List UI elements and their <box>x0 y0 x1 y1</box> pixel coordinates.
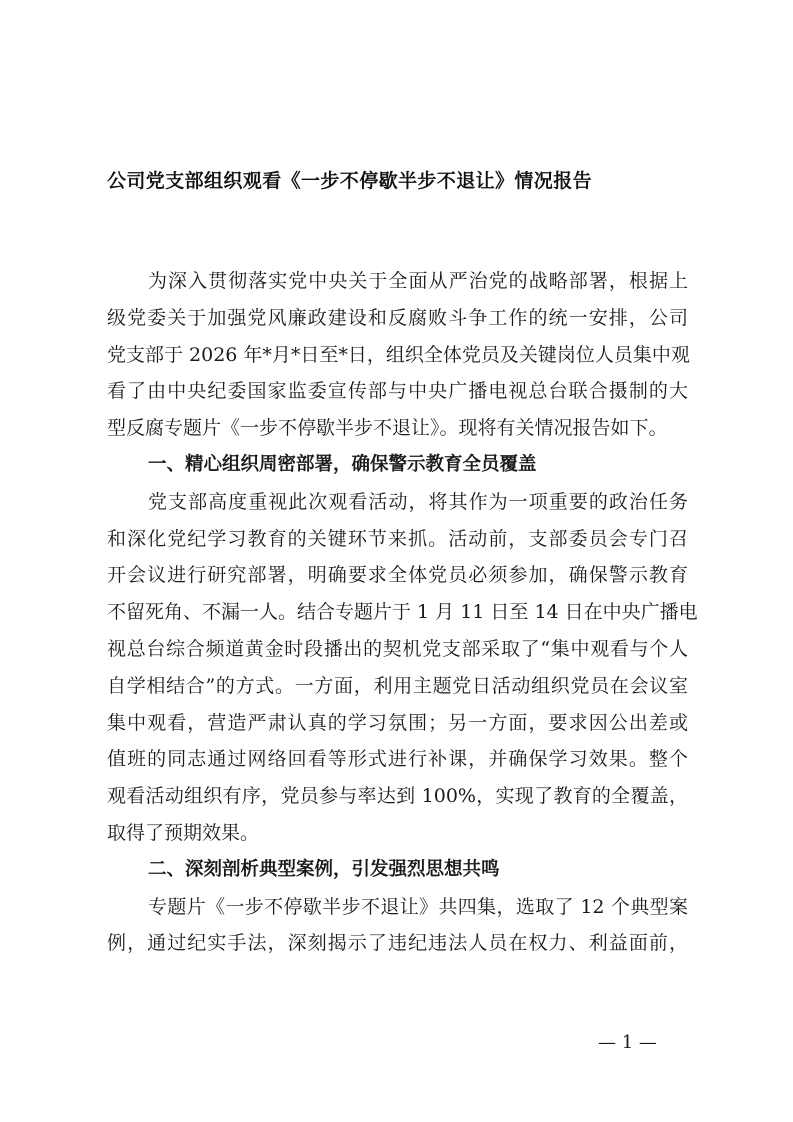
paragraph-line: 党支部于 2026 年*月*日至*日，组织全体党员及关键岗位人员集中观 <box>107 337 688 374</box>
paragraph-line: 不留死角、不漏一人。结合专题片于 1 月 11 日至 14 日在中央广播电 <box>107 594 688 631</box>
paragraph-line: 级党委关于加强党风廉政建设和反腐败斗争工作的统一安排，公司 <box>107 300 688 337</box>
paragraph-line: 开会议进行研究部署，明确要求全体党员必须参加，确保警示教育 <box>107 557 688 594</box>
paragraph-line: 集中观看，营造严肃认真的学习氛围；另一方面，要求因公出差或 <box>107 705 688 742</box>
paragraph-line: 型反腐专题片《一步不停歇半步不退让》。现将有关情况报告如下。 <box>107 410 688 447</box>
page-number: — 1 — <box>598 1032 657 1053</box>
paragraph-line: 专题片《一步不停歇半步不退让》共四集，选取了 12 个典型案 <box>107 889 688 926</box>
paragraph-line: 看了由中央纪委国家监委宣传部与中央广播电视总台联合摄制的大 <box>107 373 688 410</box>
paragraph-line: 党支部高度重视此次观看活动，将其作为一项重要的政治任务 <box>107 484 688 521</box>
document-title: 公司党支部组织观看《一步不停歇半步不退让》情况报告 <box>107 166 707 193</box>
section-heading: 二、深刻剖析典型案例，引发强烈思想共鸣 <box>107 852 688 889</box>
paragraph-line: 视总台综合频道黄金时段播出的契机党支部采取了“集中观看与个人 <box>107 631 688 668</box>
paragraph-line: 例，通过纪实手法，深刻揭示了违纪违法人员在权力、利益面前， <box>107 925 688 962</box>
paragraph-line: 和深化党纪学习教育的关键环节来抓。活动前，支部委员会专门召 <box>107 521 688 558</box>
paragraph-line: 值班的同志通过网络回看等形式进行补课，并确保学习效果。整个 <box>107 741 688 778</box>
paragraph-line: 观看活动组织有序，党员参与率达到 100%，实现了教育的全覆盖， <box>107 778 688 815</box>
document-body: 为深入贯彻落实党中央关于全面从严治党的战略部署，根据上级党委关于加强党风廉政建设… <box>107 263 688 962</box>
paragraph-line: 为深入贯彻落实党中央关于全面从严治党的战略部署，根据上 <box>107 263 688 300</box>
section-heading: 一、精心组织周密部署，确保警示教育全员覆盖 <box>107 447 688 484</box>
paragraph-line: 取得了预期效果。 <box>107 815 688 852</box>
paragraph-line: 自学相结合”的方式。一方面，利用主题党日活动组织党员在会议室 <box>107 668 688 705</box>
